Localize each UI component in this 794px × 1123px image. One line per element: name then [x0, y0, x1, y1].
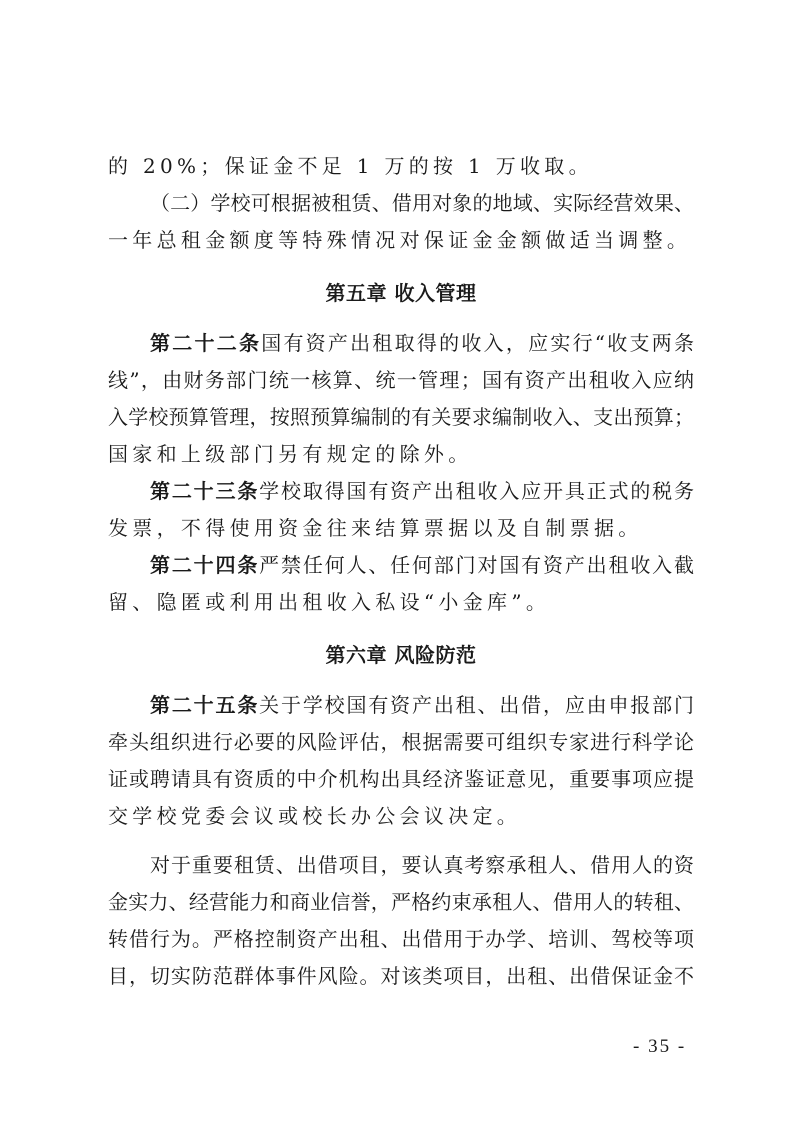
- article-text: 严禁任何人、任何部门对国有资产出租收入截: [259, 553, 694, 577]
- paragraph-line: 线”，由财务部门统一核算、统一管理；国有资产出租收入应纳: [108, 362, 694, 399]
- paragraph-line: 交学校党委会议或校长办公会议决定。: [108, 798, 694, 835]
- article-first-line: 第二十五条关于学校国有资产出租、出借，应由申报部门: [108, 687, 694, 724]
- article-number: 第二十五条: [150, 693, 259, 717]
- article-text: 关于学校国有资产出租、出借，应由申报部门: [259, 693, 694, 717]
- article-number: 第二十三条: [150, 479, 259, 503]
- article-first-line: 第二十四条严禁任何人、任何部门对国有资产出租收入截: [108, 547, 694, 584]
- paragraph-line: 国家和上级部门另有规定的除外。: [108, 436, 694, 473]
- paragraph-line: 留、隐匿或利用出租收入私设“小金库”。: [108, 584, 694, 621]
- paragraph-line: 目，切实防范群体事件风险。对该类项目，出租、出借保证金不: [108, 958, 694, 995]
- article-text: 国有资产出租取得的收入，应实行“收支两条: [261, 331, 694, 355]
- paragraph-line: 对于重要租赁、出借项目，要认真考察承租人、借用人的资: [108, 847, 694, 884]
- chapter-heading: 第六章 风险防范: [108, 637, 694, 674]
- article-first-line: 第二十二条国有资产出租取得的收入，应实行“收支两条: [108, 325, 694, 362]
- paragraph-line: 牵头组织进行必要的风险评估，根据需要可组织专家进行科学论: [108, 724, 694, 761]
- paragraph-line: （二）学校可根据被租赁、借用对象的地域、实际经营效果、: [108, 185, 694, 222]
- paragraph-line: 的 20%；保证金不足 1 万的按 1 万收取。: [108, 148, 694, 185]
- paragraph-line: 发票，不得使用资金往来结算票据以及自制票据。: [108, 510, 694, 547]
- chapter-heading: 第五章 收入管理: [108, 275, 694, 312]
- paragraph-line: 金实力、经营能力和商业信誉，严格约束承租人、借用人的转租、: [108, 884, 694, 921]
- paragraph-line: 入学校预算管理，按照预算编制的有关要求编制收入、支出预算；: [108, 399, 694, 436]
- page-number: - 35 -: [633, 1036, 686, 1058]
- article-text: 学校取得国有资产出租收入应开具正式的税务: [259, 479, 694, 503]
- paragraph-line: 证或聘请具有资质的中介机构出具经济鉴证意见，重要事项应提: [108, 761, 694, 798]
- paragraph-line: 一年总租金额度等特殊情况对保证金金额做适当调整。: [108, 222, 694, 259]
- article-number: 第二十四条: [150, 553, 259, 577]
- paragraph-line: 转借行为。严格控制资产出租、出借用于办学、培训、驾校等项: [108, 921, 694, 958]
- article-number: 第二十二条: [150, 331, 261, 355]
- article-first-line: 第二十三条学校取得国有资产出租收入应开具正式的税务: [108, 473, 694, 510]
